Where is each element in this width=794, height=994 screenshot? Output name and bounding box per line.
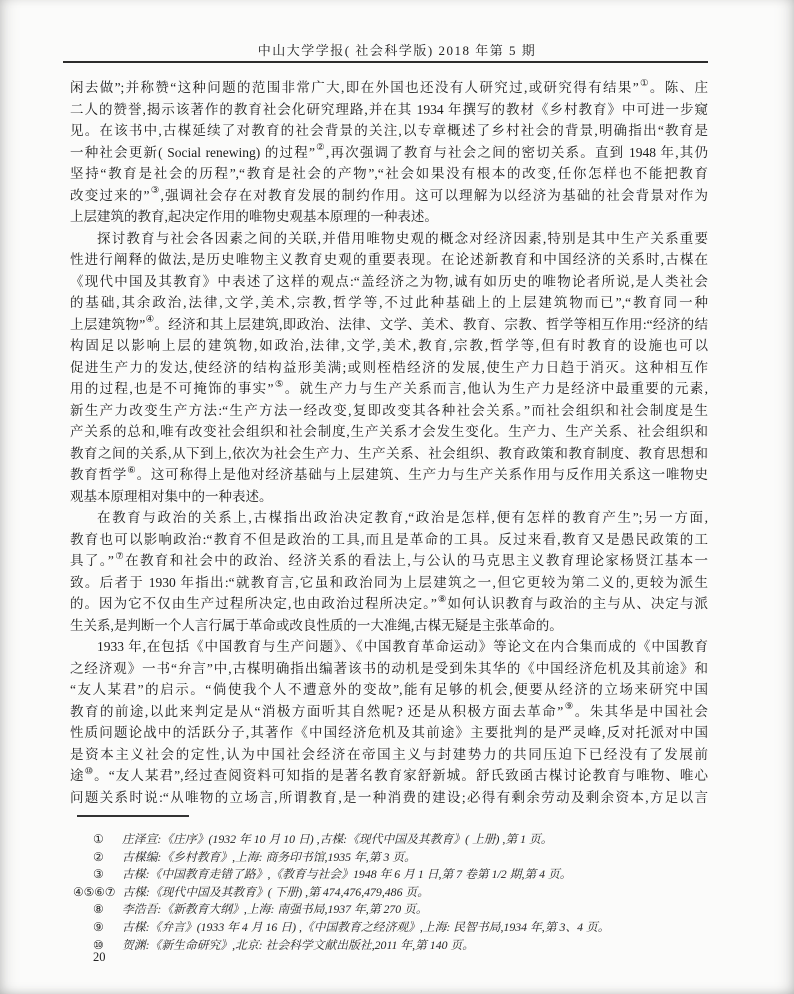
body-line: 性进行阐释的做法,是历史唯物主义教育史观的重要表现。在论述新教育和中国经济的关系… <box>70 249 708 271</box>
footnote-item: ①庄泽宣:《庄序》(1932 年 10 月 10 日) ,古楳:《现代中国及其教… <box>93 831 711 849</box>
footnote-text: 古楳编:《乡村教育》,上海: 商务印书馆,1935 年,第 3 页。 <box>122 849 711 867</box>
body-line: 用的过程,也是不可掩饰的事实”⑤。就生产力与生产关系而言,他认为生产力是经济中最… <box>70 378 708 400</box>
journal-page: 中山大学学报( 社会科学版) 2018 年第 5 期 闲去做”;并称赞“这种问题… <box>0 0 794 994</box>
journal-header: 中山大学学报( 社会科学版) 2018 年第 5 期 <box>0 40 794 59</box>
body-line: 教育哲学⑥。这可称得上是他对经济基础与上层建筑、生产力与生产关系作用与反作用关系… <box>70 464 708 486</box>
footnote-list: ①庄泽宣:《庄序》(1932 年 10 月 10 日) ,古楳:《现代中国及其教… <box>93 831 711 954</box>
footnote-ref: ③ <box>150 186 161 196</box>
footnote-item: ③古楳:《中国教育走错了路》,《教育与社会》1948 年 6 月 1 日,第 7… <box>93 866 711 884</box>
body-line: 具了。”⑦在教育和社会中的政治、经济关系的看法上,与公认的马克思主义教育理论家杨… <box>70 550 708 572</box>
body-text: 闲去做”;并称赞“这种问题的范围非常广大,即在外国也还没有人研究过,或研究得有结… <box>70 77 708 808</box>
body-line: 一种社会更新( Social renewing) 的过程”②,再次强调了教育与社… <box>70 142 708 164</box>
body-line: 的。因为它不仅由生产过程所决定,也由政治过程所决定。”⑧如何认识教育与政治的主与… <box>70 593 708 615</box>
footnote-text: 古楳:《现代中国及其教育》( 下册) ,第 474,476,479,486 页。 <box>122 884 711 902</box>
body-line: 在教育与政治的关系上,古楳指出政治决定教育,“政治是怎样,便有怎样的教育产生”;… <box>70 507 708 529</box>
footnote-item: ⑩贺渊:《新生命研究》,北京: 社会科学文献出版社,2011 年,第 140 页… <box>93 937 711 955</box>
footnote-item: ⑨古楳:《弁言》(1933 年 4 月 16 日) ,《中国教育之经济观》,上海… <box>93 919 711 937</box>
body-line: 教育也可以影响政治:“教育不但是政治的工具,而且是革命的工具。反过来看,教育又是… <box>70 529 708 551</box>
footnote-ref: ② <box>315 143 326 153</box>
footnote-item: ④⑤⑥⑦古楳:《现代中国及其教育》( 下册) ,第 474,476,479,48… <box>93 884 711 902</box>
body-line: 上层建筑的教育,起决定作用的唯物史观基本原理的一种表述。 <box>70 206 708 228</box>
footnote-marker: ① <box>93 831 122 849</box>
body-line: 二人的赞誉,揭示该著作的教育社会化研究理路,并在其 1934 年撰写的教材《乡村… <box>70 99 708 121</box>
body-line: 上层建筑物”④。经济和其上层建筑,即政治、法律、文学、美术、教育、宗教、哲学等相… <box>70 314 708 336</box>
body-line: 是资本主义社会的定性,认为中国社会经济在帝国主义与封建势力的共同压迫下已经没有了… <box>70 744 708 766</box>
footnote-ref: ⑤ <box>274 380 285 390</box>
body-line: 产关系的总和,唯有改变社会组织和社会制度,生产关系才会发生变化。生产力、生产关系… <box>70 421 708 443</box>
footnote-ref: ⑧ <box>437 595 448 605</box>
footnote-ref: ⑥ <box>127 466 136 476</box>
body-line: 1933 年,在包括《中国教育与生产问题》、《中国教育革命运动》等论文在内合集而… <box>70 636 708 658</box>
footnote-item: ⑧李浩吾:《新教育大纲》,上海: 南强书局,1937 年,第 270 页。 <box>93 901 711 919</box>
body-line: 闲去做”;并称赞“这种问题的范围非常广大,即在外国也还没有人研究过,或研究得有结… <box>70 77 708 99</box>
footnote-text: 李浩吾:《新教育大纲》,上海: 南强书局,1937 年,第 270 页。 <box>122 901 711 919</box>
body-line: 见。在该书中,古楳延续了对教育的社会背景的关注,以专章概述了乡村社会的背景,明确… <box>70 120 708 142</box>
footnote-ref: ⑨ <box>563 702 574 712</box>
body-line: 新生产力改变生产方法:“生产方法一经改变,复即改变其各种社会关系。”而社会组织和… <box>70 400 708 422</box>
footnote-marker: ② <box>93 849 122 867</box>
paragraph: 1933 年,在包括《中国教育与生产问题》、《中国教育革命运动》等论文在内合集而… <box>70 636 708 808</box>
body-line: 教育之间的关系,从下到上,依次为社会生产力、生产关系、社会组织、教育政策和教育制… <box>70 443 708 465</box>
body-line: 坚持“教育是社会的历程”,“教育是社会的产物”,“社会如果没有根本的改变,任你怎… <box>70 163 708 185</box>
footnote-text: 贺渊:《新生命研究》,北京: 社会科学文献出版社,2011 年,第 140 页。 <box>122 937 711 955</box>
body-line: 之经济观》一书“弁言”中,古楳明确指出编著该书的动机是受到朱其华的《中国经济危机… <box>70 658 708 680</box>
footnote-text: 古楳:《弁言》(1933 年 4 月 16 日) ,《中国教育之经济观》,上海:… <box>122 919 711 937</box>
body-line: 致。后者于 1930 年指出:“就教育言,它虽和政治同为上层建筑之一,但它更较为… <box>70 572 708 594</box>
page-number: 20 <box>93 950 106 965</box>
footnote-marker: ⑧ <box>93 901 122 919</box>
body-line: 构固足以影响上层的建筑物,如政治,法律,文学,美术,教育,宗教,哲学等,但有时教… <box>70 335 708 357</box>
body-line: 观基本原理相对集中的一种表述。 <box>70 486 708 508</box>
footnote-item: ②古楳编:《乡村教育》,上海: 商务印书馆,1935 年,第 3 页。 <box>93 849 711 867</box>
body-line: 性质问题论战中的活跃分子,其著作《中国经济危机及其前途》主要批判的是严灵峰,反对… <box>70 722 708 744</box>
footnote-marker: ④⑤⑥⑦ <box>73 884 122 902</box>
paragraph: 在教育与政治的关系上,古楳指出政治决定教育,“政治是怎样,便有怎样的教育产生”;… <box>70 507 708 636</box>
footnote-rule <box>77 815 189 817</box>
body-line: 教育的前途,以此来判定是从“消极方面听其自然呢? 还是从积极方面去革命”⑨。朱其… <box>70 701 708 723</box>
footnote-ref: ④ <box>145 315 154 325</box>
footnote-ref: ⑦ <box>114 552 125 562</box>
footnote-ref: ⑩ <box>85 767 95 777</box>
footnote-text: 古楳:《中国教育走错了路》,《教育与社会》1948 年 6 月 1 日,第 7 … <box>122 866 711 884</box>
paragraph: 闲去做”;并称赞“这种问题的范围非常广大,即在外国也还没有人研究过,或研究得有结… <box>70 77 708 228</box>
body-line: “友人某君”的启示。“倘使我个人不遭意外的变故”,能有足够的机会,便要从经济的立… <box>70 679 708 701</box>
footnote-text: 庄泽宣:《庄序》(1932 年 10 月 10 日) ,古楳:《现代中国及其教育… <box>122 831 711 849</box>
footnote-ref: ① <box>639 79 650 89</box>
footnote-marker: ⑨ <box>93 919 122 937</box>
body-line: 改变过来的”③,强调社会存在对教育发展的制约作用。这可以理解为以经济为基础的社会… <box>70 185 708 207</box>
body-line: 问题关系时说:“从唯物的立场言,所谓教育,是一种消费的建设;必得有剩余劳动及剩余… <box>70 787 708 809</box>
header-rule <box>63 61 708 63</box>
body-line: 的基础,其余政治,法律,文学,美术,宗教,哲学等,不过此种基础上的上层建筑物而已… <box>70 292 708 314</box>
body-line: 促进生产力的发达,使经济的结构益形美满;或则桎梏经济的发展,使生产力日趋于消灭。… <box>70 357 708 379</box>
footnote-marker: ③ <box>93 866 122 884</box>
body-line: 《现代中国及其教育》中表述了这样的观点:“盖经济之为物,诚有如历史的唯物论者所说… <box>70 271 708 293</box>
body-line: 探讨教育与社会各因素之间的关联,并借用唯物史观的概念对经济因素,特别是其中生产关… <box>70 228 708 250</box>
body-line: 生关系,是判断一个人言行属于革命或改良性质的一大准绳,古楳无疑是主张革命的。 <box>70 615 708 637</box>
paragraph: 探讨教育与社会各因素之间的关联,并借用唯物史观的概念对经济因素,特别是其中生产关… <box>70 228 708 508</box>
body-line: 途⑩。“友人某君”,经过查阅资料可知指的是著名教育家舒新城。舒氏致函古楳讨论教育… <box>70 765 708 787</box>
